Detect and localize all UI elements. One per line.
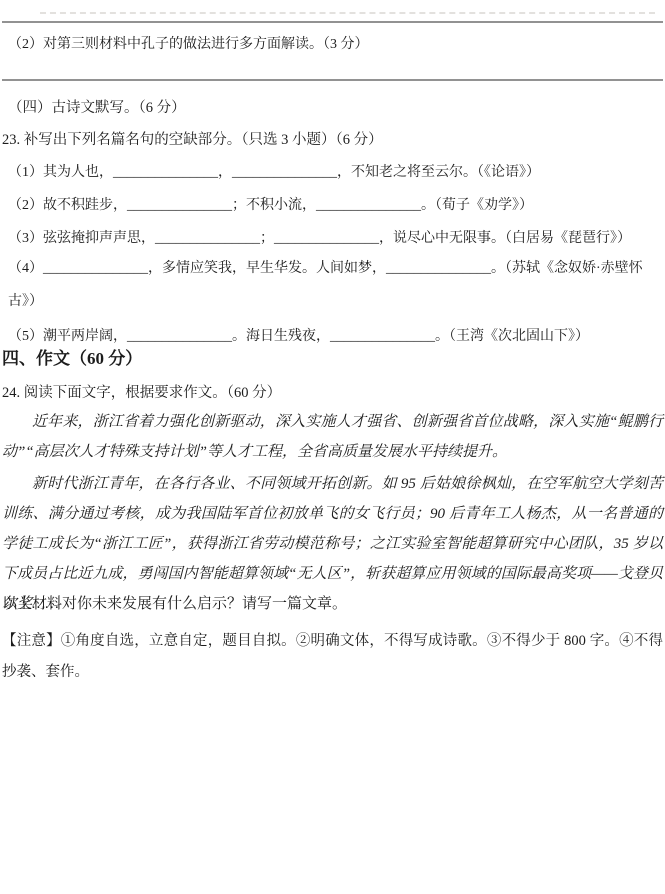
essay-prompt: 以上材料对你未来发展有什么启示？请写一篇文章。: [2, 594, 663, 614]
dictation-item-5: （5）潮平两岸阔，_______________。海日生残夜，_________…: [8, 327, 661, 347]
dictation-item-3: （3）弦弦掩抑声声思，_______________；_____________…: [8, 229, 661, 249]
essay-notice: 【注意】①角度自选，立意自定，题目自拟。②明确文体，不得写成诗歌。③不得少于 8…: [2, 626, 663, 688]
question-23-stem: 23. 补写出下列名篇名句的空缺部分。（只选 3 小题）（6 分）: [2, 130, 661, 150]
essay-material-paragraph-1: 近年来，浙江省着力强化创新驱动，深入实施人才强省、创新强省首位战略，深入实施“鲲…: [2, 407, 663, 467]
reading-question-2: （2）对第三则材料中孔子的做法进行多方面解读。（3 分）: [8, 35, 661, 55]
question-24-stem: 24. 阅读下面文字，根据要求作文。（60 分）: [2, 383, 663, 403]
dictation-item-1: （1）其为人也，_______________，_______________，…: [8, 163, 661, 183]
faint-dashed-line: [40, 12, 655, 14]
separator-line-middle: [2, 79, 663, 81]
essay-section-heading: 四、作文（60 分）: [2, 348, 661, 370]
exam-paper-page: （2）对第三则材料中孔子的做法进行多方面解读。（3 分） （四）古诗文默写。（6…: [0, 0, 665, 894]
separator-line-top: [2, 21, 663, 23]
dictation-item-2: （2）故不积跬步，_______________；不积小流，__________…: [8, 196, 661, 216]
dictation-section-heading: （四）古诗文默写。（6 分）: [8, 98, 661, 118]
dictation-item-4: （4）_______________，多情应笑我，早生华发。人间如梦，_____…: [8, 252, 661, 318]
